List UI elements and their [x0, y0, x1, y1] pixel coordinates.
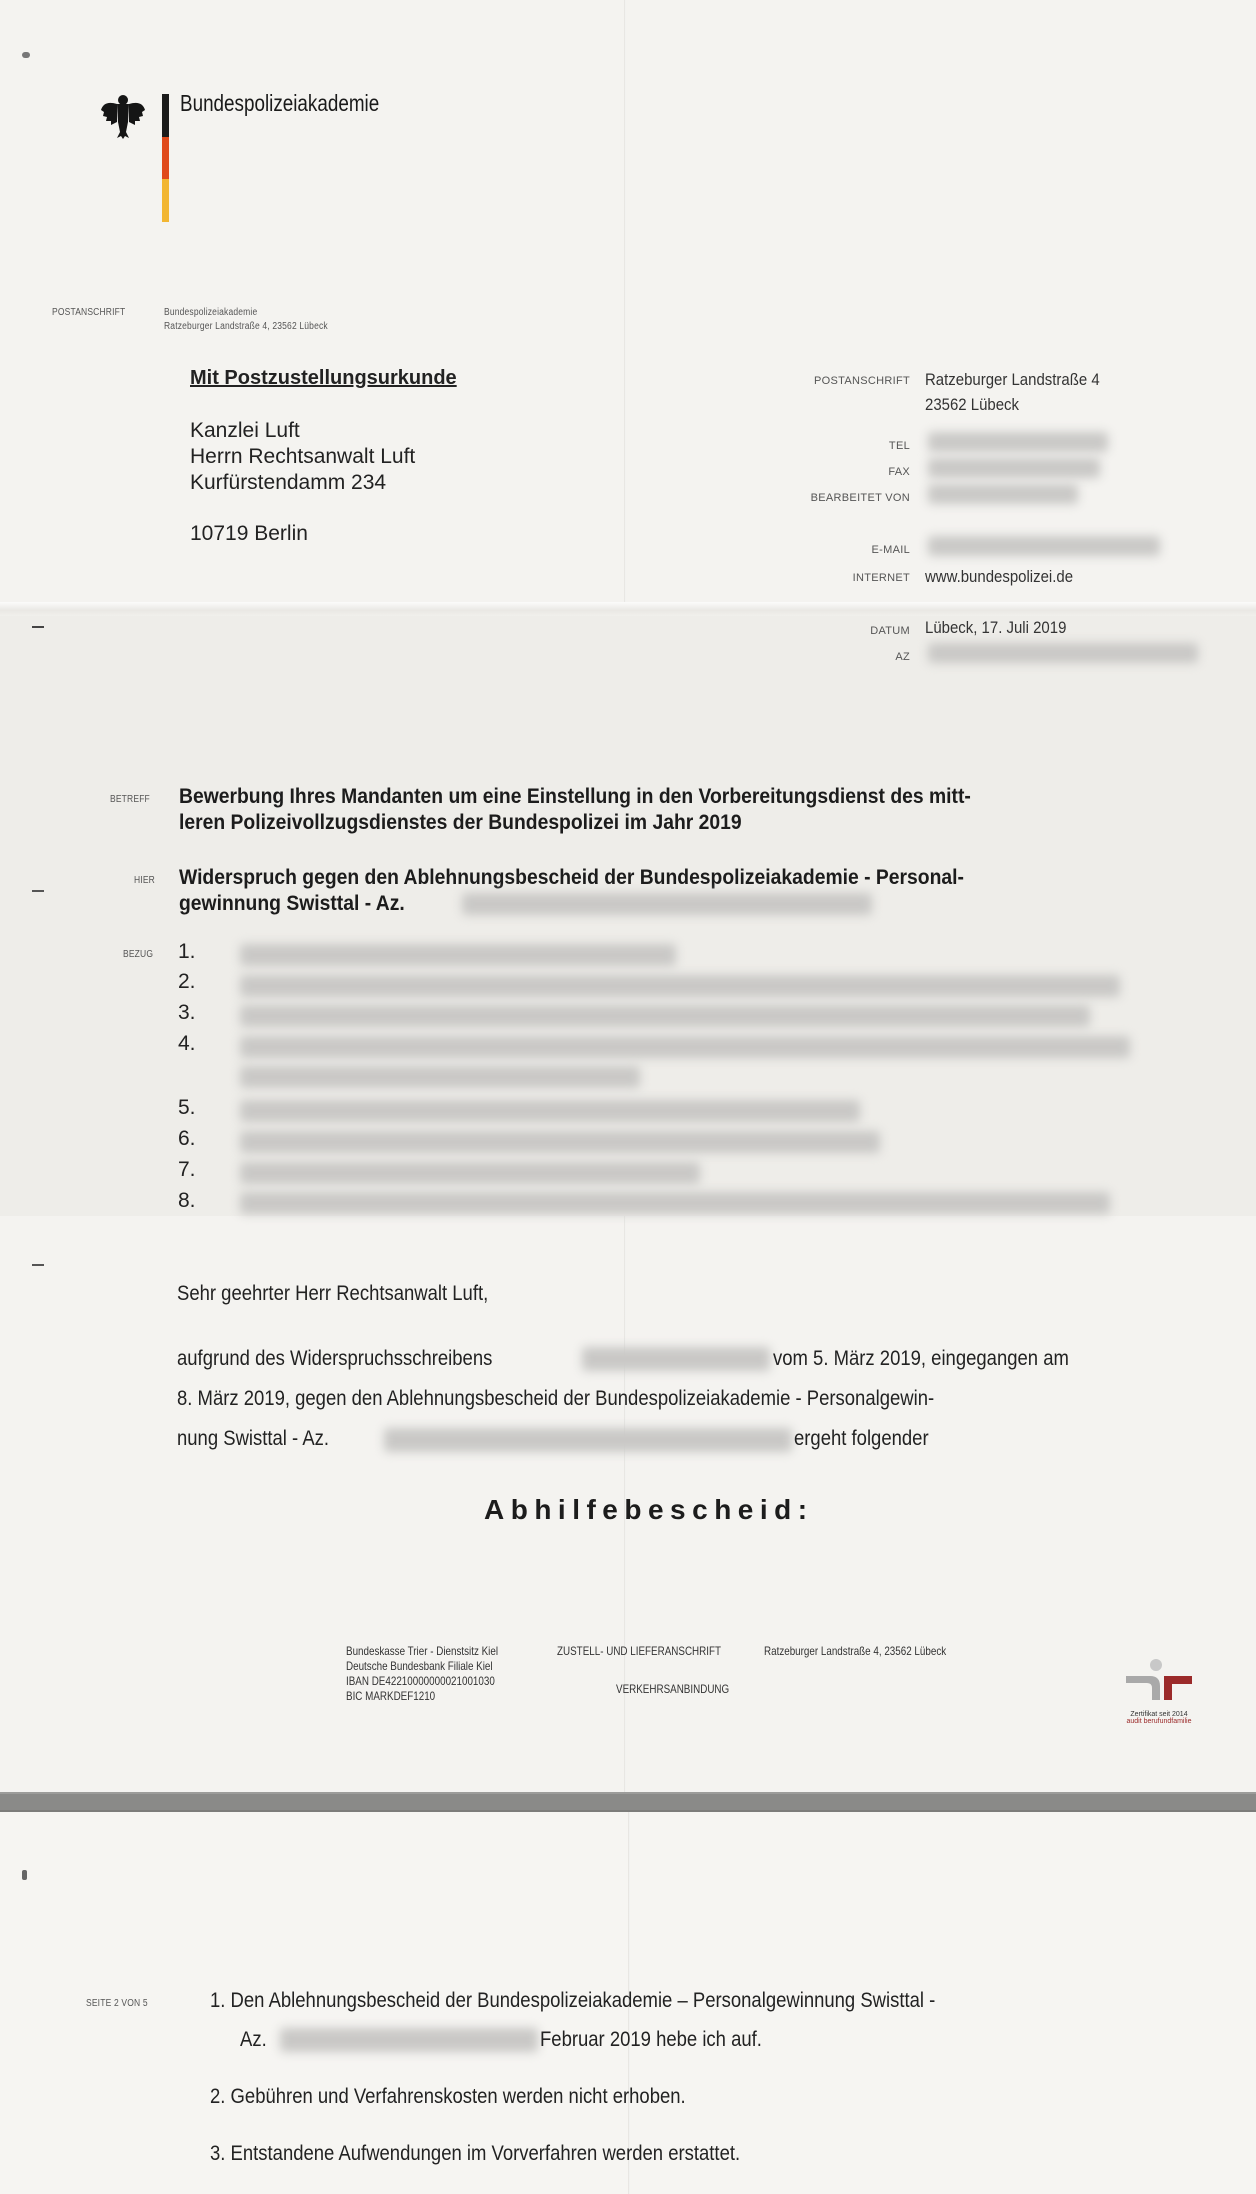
- redacted-aktenzeichen-3: [280, 2028, 538, 2052]
- info-internet-value: www.bundespolizei.de: [925, 567, 1073, 587]
- redacted-tel: [928, 432, 1108, 452]
- decision-item-1-number: 1.: [210, 1989, 225, 2012]
- recipient-city: 10719 Berlin: [190, 521, 308, 547]
- redacted-bezug-1: [240, 944, 676, 966]
- footer-bank-line-3: IBAN DE42210000000021001030: [346, 1674, 498, 1689]
- punch-mark-line: [32, 890, 44, 892]
- punch-mark: [22, 1870, 27, 1880]
- hier-label: HIER: [134, 875, 155, 886]
- footer-bank-line-2: Deutsche Bundesbank Filiale Kiel: [346, 1659, 498, 1674]
- fold-mark: [32, 1264, 44, 1266]
- bezug-label: BEZUG: [123, 949, 153, 960]
- info-email-label: E-MAIL: [872, 544, 910, 556]
- info-az-label: AZ: [895, 651, 910, 663]
- info-postanschrift-line-2: 23562 Lübeck: [925, 395, 1019, 415]
- page-indicator: SEITE 2 VON 5: [86, 1998, 148, 2009]
- redacted-az: [928, 643, 1198, 663]
- decision-item-1-line-1: 1. Den Ablehnungsbescheid der Bundespoli…: [210, 1989, 935, 2013]
- bezug-num-3: 3.: [178, 1001, 196, 1025]
- decision-item-2-text: Gebühren und Verfahrenskosten werden nic…: [231, 2085, 686, 2108]
- info-fax-label: FAX: [888, 466, 910, 478]
- info-postanschrift-line-1: Ratzeburger Landstraße 4: [925, 370, 1100, 390]
- body-line-3a: nung Swisttal - Az.: [177, 1427, 329, 1451]
- info-tel-label: TEL: [889, 440, 910, 452]
- decision-item-3: 3. Entstandene Aufwendungen im Vorverfah…: [210, 2142, 740, 2166]
- body-line-1a: aufgrund des Widerspruchsschreibens: [177, 1347, 492, 1371]
- footer-delivery-label: ZUSTELL- UND LIEFERANSCHRIFT: [557, 1644, 721, 1658]
- body-line-2: 8. März 2019, gegen den Ablehnungsbesche…: [177, 1387, 934, 1411]
- info-datum-value: Lübeck, 17. Juli 2019: [925, 618, 1066, 638]
- recipient-line-3: Kurfürstendamm 234: [190, 470, 386, 496]
- body-line-1b: vom 5. März 2019, eingegangen am: [773, 1347, 1069, 1371]
- bezug-num-4: 4.: [178, 1032, 196, 1056]
- redacted-bezug-2: [240, 975, 1120, 997]
- redacted-sender: [582, 1347, 770, 1371]
- redacted-email: [928, 536, 1160, 556]
- decision-item-1-text: Den Ablehnungsbescheid der Bundespolizei…: [231, 1989, 936, 2012]
- bezug-num-1: 1.: [178, 940, 196, 964]
- decision-headline: Abhilfebescheid:: [484, 1494, 814, 1526]
- delivery-note: Mit Postzustellungsurkunde: [190, 365, 457, 391]
- bezug-num-6: 6.: [178, 1127, 196, 1151]
- recipient-line-2: Herrn Rechtsanwalt Luft: [190, 444, 415, 470]
- bezug-num-2: 2.: [178, 970, 196, 994]
- paper-fold-horizontal: [0, 602, 1256, 616]
- footer-bank-line-1: Bundeskasse Trier - Dienstsitz Kiel: [346, 1644, 498, 1659]
- body-line-3b: ergeht folgender: [794, 1427, 929, 1451]
- sender-label: POSTANSCHRIFT: [52, 307, 125, 318]
- organization-name: Bundespolizeiakademie: [180, 90, 379, 117]
- salutation: Sehr geehrter Herr Rechtsanwalt Luft,: [177, 1282, 488, 1306]
- decision-item-2: 2. Gebühren und Verfahrenskosten werden …: [210, 2085, 686, 2109]
- redacted-bezug-3: [240, 1005, 1090, 1027]
- footer-delivery-value: Ratzeburger Landstraße 4, 23562 Lübeck: [764, 1644, 946, 1658]
- letter-page-1: Bundespolizeiakademie POSTANSCHRIFT Bund…: [0, 0, 1256, 1792]
- fold-mark: [32, 626, 44, 628]
- footer-bank: Bundeskasse Trier - Dienstsitz Kiel Deut…: [346, 1644, 498, 1704]
- info-internet-label: INTERNET: [853, 572, 910, 584]
- sender-line-1: Bundespolizeiakademie: [164, 307, 257, 318]
- info-bearbeitet-label: BEARBEITET VON: [811, 492, 910, 504]
- punch-mark: [22, 52, 30, 58]
- redacted-bezug-7: [240, 1162, 700, 1184]
- redacted-bezug-4b: [240, 1066, 640, 1088]
- audit-line-2: audit berufundfamilie: [1104, 1718, 1214, 1725]
- redacted-bezug-5: [240, 1100, 860, 1122]
- federal-eagle-icon: [100, 92, 146, 140]
- letter-page-2: SEITE 2 VON 5 1. Den Ablehnungsbescheid …: [0, 1812, 1256, 2194]
- decision-item-1-line-2b: Februar 2019 hebe ich auf.: [540, 2028, 762, 2052]
- info-postanschrift-label: POSTANSCHRIFT: [814, 375, 910, 387]
- bezug-num-5: 5.: [178, 1096, 196, 1120]
- footer-bank-line-4: BIC MARKDEF1210: [346, 1689, 498, 1704]
- redacted-bearbeiter: [928, 484, 1078, 504]
- redacted-fax: [928, 458, 1100, 478]
- bezug-num-7: 7.: [178, 1158, 196, 1182]
- betreff-label: BETREFF: [110, 794, 150, 805]
- audit-line-1: Zertifikat seit 2014: [1104, 1711, 1214, 1718]
- betreff-line-2: leren Polizeivollzugsdienstes der Bundes…: [179, 808, 742, 838]
- decision-item-2-number: 2.: [210, 2085, 225, 2108]
- redacted-aktenzeichen: [462, 893, 872, 915]
- redacted-bezug-8: [240, 1192, 1110, 1214]
- audit-logo-icon: [1104, 1658, 1214, 1708]
- redacted-aktenzeichen-2: [384, 1428, 792, 1452]
- hier-line-2: gewinnung Swisttal - Az.: [179, 889, 405, 919]
- page-separator: [0, 1792, 1256, 1812]
- redacted-bezug-4a: [240, 1036, 1130, 1058]
- decision-item-3-text: Entstandene Aufwendungen im Vorverfahren…: [231, 2142, 741, 2165]
- redacted-bezug-6: [240, 1131, 880, 1153]
- bezug-num-8: 8.: [178, 1189, 196, 1213]
- recipient-line-1: Kanzlei Luft: [190, 418, 300, 444]
- audit-berufundfamilie-logo: Zertifikat seit 2014 audit berufundfamil…: [1104, 1658, 1214, 1738]
- sender-line-2: Ratzeburger Landstraße 4, 23562 Lübeck: [164, 321, 328, 332]
- decision-item-3-number: 3.: [210, 2142, 225, 2165]
- decision-item-1-line-2a: Az.: [240, 2028, 267, 2052]
- info-datum-label: DATUM: [870, 625, 910, 637]
- footer-transport-label: VERKEHRSANBINDUNG: [616, 1682, 729, 1696]
- flag-bar: [162, 94, 169, 222]
